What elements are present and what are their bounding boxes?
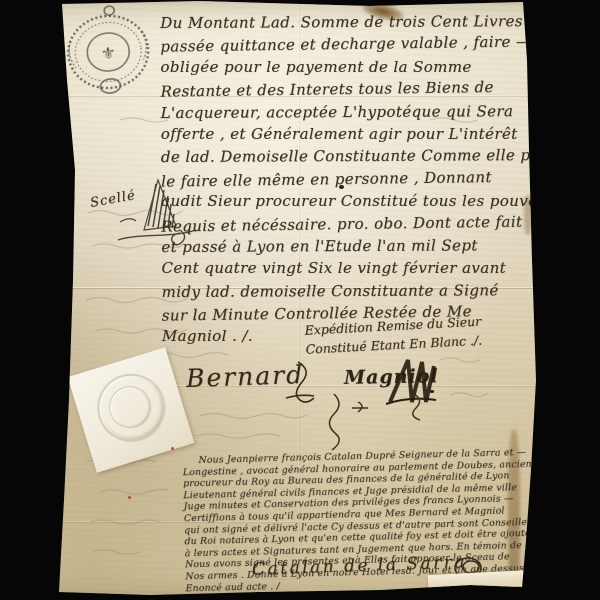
manuscript-line: de lad. Demoiselle Constituante Comme el… — [161, 144, 533, 168]
manuscript-line: Cent quatre vingt Six le vingt février a… — [161, 257, 533, 279]
manuscript-line: obligée pour le payement de la Somme — [160, 56, 532, 78]
red-wax-speck — [171, 447, 174, 450]
round-tax-stamp-icon: ⚜ — [53, 0, 163, 100]
manuscript-line: passée quittance et decharge valable , f… — [160, 31, 532, 59]
manuscript-body-text: Du Montant Lad. Somme de trois Cent Livr… — [160, 10, 534, 348]
photograph-of-manuscript: ⚜ Scellé Du Montant Lad. Somme de trois … — [0, 0, 600, 600]
manuscript-line: et passé à Lyon en l'Etude l'an mil Sept — [161, 234, 533, 258]
manuscript-line: audit Sieur procureur Constitué tous les… — [161, 190, 533, 212]
paraph-marks-below-signatures — [310, 392, 450, 452]
manuscript-paper-sheet: ⚜ Scellé Du Montant Lad. Somme de trois … — [0, 0, 600, 600]
red-wax-speck — [128, 496, 131, 499]
manuscript-line: offerte , et Généralement agir pour L'in… — [161, 123, 533, 145]
manuscript-line: L'acquereur, acceptée L'hypotéque qui Se… — [161, 100, 533, 124]
embossed-seal-impression-icon — [89, 365, 174, 450]
manuscript-line: le faire elle même en personne , Donnant — [161, 165, 533, 193]
fleur-de-lis-icon: ⚜ — [100, 43, 118, 65]
manuscript-line: Requis et nécéssaire. pro. obo. Dont act… — [161, 210, 533, 238]
